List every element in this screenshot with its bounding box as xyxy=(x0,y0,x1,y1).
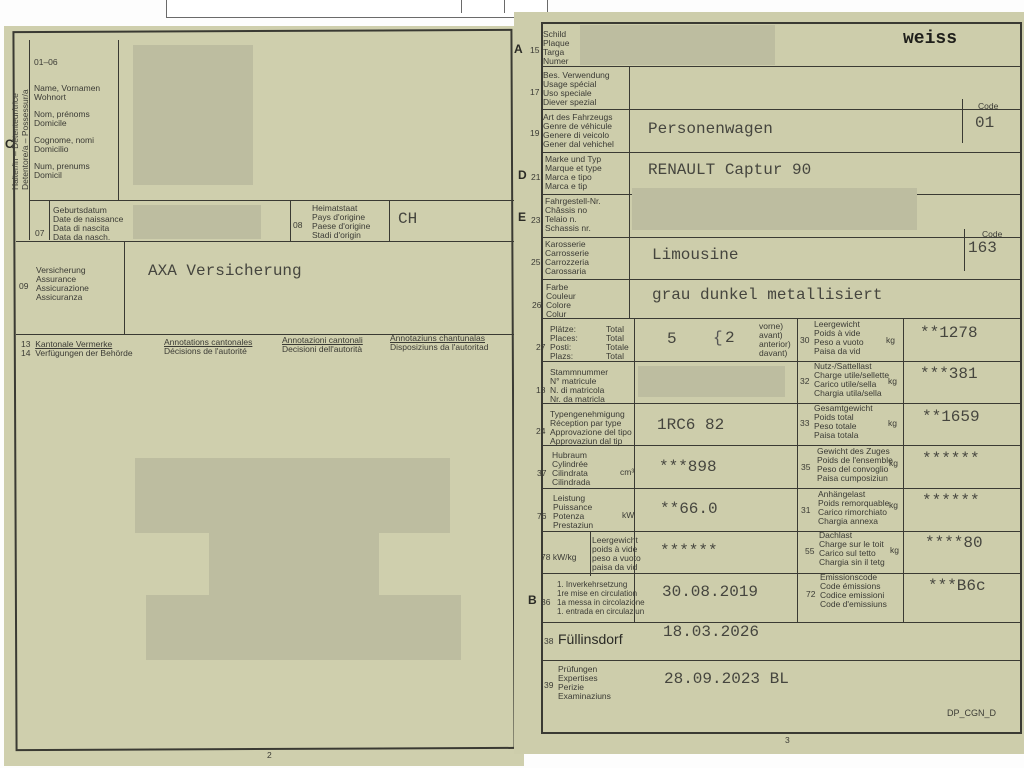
vehicle-type-code: 01 xyxy=(975,114,994,132)
field-27-number: 27 xyxy=(536,342,545,352)
towing-weight-value: ****** xyxy=(922,492,980,510)
field-17-number: 17 xyxy=(530,87,539,97)
field-72-number: 72 xyxy=(806,589,815,599)
unit-kg: kg xyxy=(889,458,898,468)
seats-total-value: 5 xyxy=(667,330,677,348)
field-38-number: 38 xyxy=(544,636,553,646)
field-25-number: 25 xyxy=(531,257,540,267)
total-weight-value: **1659 xyxy=(922,408,980,426)
divider xyxy=(541,660,1022,661)
field-39-labels: PrüfungenExpertises PerizieExaminaziuns xyxy=(558,665,611,701)
payload-value: ***381 xyxy=(920,365,978,383)
vehicle-type-value: Personenwagen xyxy=(648,120,773,138)
redacted-plate-number xyxy=(580,25,775,65)
unit-kw: kW xyxy=(622,510,634,520)
divider xyxy=(49,200,50,240)
field-26-labels: FarbeCouleur ColoreColur xyxy=(546,283,576,319)
left-page-number: 2 xyxy=(267,750,272,760)
field-27-labels: Plätze:Places: Posti:Plazs: xyxy=(550,325,578,361)
unit-kg: kg xyxy=(886,335,895,345)
divider xyxy=(962,99,963,143)
field-33-labels: GesamtgewichtPoids total Peso totalePais… xyxy=(814,404,873,440)
divider xyxy=(541,445,1022,446)
field-24-labels: TypengenehmigungRéception par type Appro… xyxy=(550,410,632,446)
divider xyxy=(541,531,1022,532)
redacted-chassis-number xyxy=(632,188,917,230)
field-18-number: 18 xyxy=(536,385,545,395)
field-55-number: 55 xyxy=(805,546,814,556)
field-01-06-labels: Name, VornamenWohnort Nom, prénomsDomici… xyxy=(34,84,100,180)
field-37-number: 37 xyxy=(537,468,546,478)
field-24-number: 24 xyxy=(536,426,545,436)
strip-divider xyxy=(461,0,462,13)
section-letter-d: D xyxy=(518,168,527,182)
seats-front-value: 2 xyxy=(725,329,735,347)
body-type-value: Limousine xyxy=(652,246,738,264)
plate-color: weiss xyxy=(903,29,957,49)
redacted-annotation-3 xyxy=(146,595,461,660)
redacted-annotation-1 xyxy=(135,458,450,533)
field-08-value: CH xyxy=(398,210,417,228)
divider xyxy=(797,318,798,623)
annotations-it: Annotazioni cantonaliDecisioni dell'auto… xyxy=(282,336,363,354)
field-30-number: 30 xyxy=(800,335,809,345)
divider xyxy=(629,66,630,318)
divider xyxy=(541,403,1022,404)
emission-code-value: ***B6c xyxy=(928,577,986,595)
form-code: DP_CGN_D xyxy=(947,709,996,718)
code-label: Code xyxy=(982,230,1002,239)
divider xyxy=(590,531,591,576)
field-07-number: 07 xyxy=(35,228,44,238)
field-15-number: 15 xyxy=(530,45,539,55)
field-30-labels: LeergewichtPoids à vide Peso a vuotoPais… xyxy=(814,320,864,356)
section-letter-a: A xyxy=(514,42,523,56)
divider xyxy=(541,152,1022,153)
field-76-number: 76 xyxy=(537,511,546,521)
field-08-number: 08 xyxy=(293,220,302,230)
field-78-labels: Leergewichtpoids à vide peso a vuotopais… xyxy=(592,536,641,572)
divider xyxy=(541,361,1022,362)
divider xyxy=(30,200,514,201)
redacted-birthdate xyxy=(133,205,261,239)
redacted-holder-name xyxy=(133,45,253,185)
field-32-number: 32 xyxy=(800,376,809,386)
field-19-labels: Art des FahrzeugsGenre de véhicule Gener… xyxy=(543,113,614,149)
roof-load-value: ****80 xyxy=(925,534,983,552)
field-26-number: 26 xyxy=(532,300,541,310)
section-letter-b: B xyxy=(528,593,537,607)
divider xyxy=(541,237,1022,238)
code-label: Code xyxy=(978,102,998,111)
field-21-labels: Marke und TypMarque et type Marca e tipo… xyxy=(545,155,602,191)
field-31-number: 31 xyxy=(801,505,810,515)
field-37-labels: HubraumCylindrée CilindrataCilindrada xyxy=(552,451,590,487)
issuing-place: Füllinsdorf xyxy=(558,632,623,646)
power-weight-ratio-value: ****** xyxy=(660,542,718,560)
field-23-labels: Fahrgestell-Nr.Châssis no Telaio n.Schas… xyxy=(545,197,601,233)
field-32-labels: Nutz-/SattellastCharge utile/sellette Ca… xyxy=(814,362,889,398)
divider xyxy=(290,200,291,242)
field-55-labels: DachlastCharge sur le toit Carico sul te… xyxy=(819,531,885,567)
field-33-number: 33 xyxy=(800,418,809,428)
unit-cm3: cm³ xyxy=(620,467,634,477)
train-weight-value: ****** xyxy=(922,450,980,468)
field-15-labels: SchildPlaque TargaNumer xyxy=(543,30,569,66)
field-36-number: 36 xyxy=(541,597,550,607)
field-78-number: 78 kW/kg xyxy=(541,553,576,562)
divider xyxy=(124,241,125,334)
annotations-rm: Annotaziuns chantunalasDisposiziuns da l… xyxy=(390,334,488,352)
divider xyxy=(964,229,965,271)
field-27-total-labels: TotalTotal TotaleTotal xyxy=(606,325,629,361)
divider xyxy=(29,40,30,240)
field-17-labels: Bes. VerwendungUsage spécial Uso special… xyxy=(543,71,610,107)
unit-kg: kg xyxy=(888,418,897,428)
displacement-value: ***898 xyxy=(659,458,717,476)
field-08-labels: HeimatstaatPays d'origine Paese d'origin… xyxy=(312,204,370,240)
color-value: grau dunkel metallisiert xyxy=(652,286,882,304)
divider xyxy=(541,66,1022,67)
seats-bracket: { xyxy=(713,329,723,347)
field-18-labels: StammnummerN° matricule N. di matricolaN… xyxy=(550,368,608,404)
divider xyxy=(903,318,904,623)
divider xyxy=(389,200,390,242)
field-09-number: 09 xyxy=(19,281,28,291)
field-72-labels: EmissionscodeCode émissions Codice emiss… xyxy=(820,573,887,609)
section-letter-e: E xyxy=(518,210,526,224)
divider xyxy=(541,109,1022,110)
field-21-number: 21 xyxy=(531,172,540,182)
divider xyxy=(118,40,119,200)
field-01-06-number: 01–06 xyxy=(34,57,58,67)
unit-kg: kg xyxy=(888,376,897,386)
strip-divider xyxy=(504,0,505,13)
field-36-labels: 1. Inverkehrsetzung1re mise en circulati… xyxy=(557,580,645,616)
right-page-number: 3 xyxy=(785,735,790,745)
divider xyxy=(541,318,1022,319)
holder-vertical-label: Halter/in – Détenteur/trice xyxy=(11,93,20,190)
redacted-annotation-2 xyxy=(209,533,379,595)
divider xyxy=(541,279,1022,280)
field-19-number: 19 xyxy=(530,128,539,138)
divider xyxy=(541,488,1022,489)
field-31-labels: AnhängelastPoids remorquable Carico rimo… xyxy=(818,490,889,526)
power-value: **66.0 xyxy=(660,500,718,518)
inspection-value: 28.09.2023 BL xyxy=(664,670,789,688)
seats-front-labels: vorne)avant) anterior)davant) xyxy=(759,322,791,358)
make-model-value: RENAULT Captur 90 xyxy=(648,161,811,179)
divider xyxy=(541,622,1022,623)
divider xyxy=(16,241,514,242)
insurance-value: AXA Versicherung xyxy=(148,262,302,280)
field-23-number: 23 xyxy=(531,215,540,225)
unit-kg: kg xyxy=(889,500,898,510)
annotations-de: 13 Kantonale Vermerke 14 Verfügungen der… xyxy=(21,340,133,358)
unit-kg: kg xyxy=(890,545,899,555)
field-35-number: 35 xyxy=(801,462,810,472)
type-approval-value: 1RC6 82 xyxy=(657,416,724,434)
field-25-labels: KarosserieCarrosserie CarrozzeriaCarossa… xyxy=(545,240,589,276)
first-registration-value: 30.08.2019 xyxy=(662,583,758,601)
field-39-number: 39 xyxy=(544,680,553,690)
issue-date-value: 18.03.2026 xyxy=(663,623,759,641)
redacted-matricule xyxy=(638,366,785,397)
field-35-labels: Gewicht des ZugesPoids de l'ensemble Pes… xyxy=(817,447,893,483)
field-09-labels: VersicherungAssurance AssicurazioneAssic… xyxy=(36,266,89,302)
annotations-fr: Annotations cantonalesDécisions de l'aut… xyxy=(164,338,252,356)
scan-top-strip xyxy=(166,0,548,18)
field-76-labels: LeistungPuissance PotenzaPrestaziun xyxy=(553,494,593,530)
field-07-labels: GeburtsdatumDate de naissance Data di na… xyxy=(53,206,123,242)
empty-weight-value: **1278 xyxy=(920,324,978,342)
body-type-code: 163 xyxy=(968,239,997,257)
divider xyxy=(541,573,1022,574)
